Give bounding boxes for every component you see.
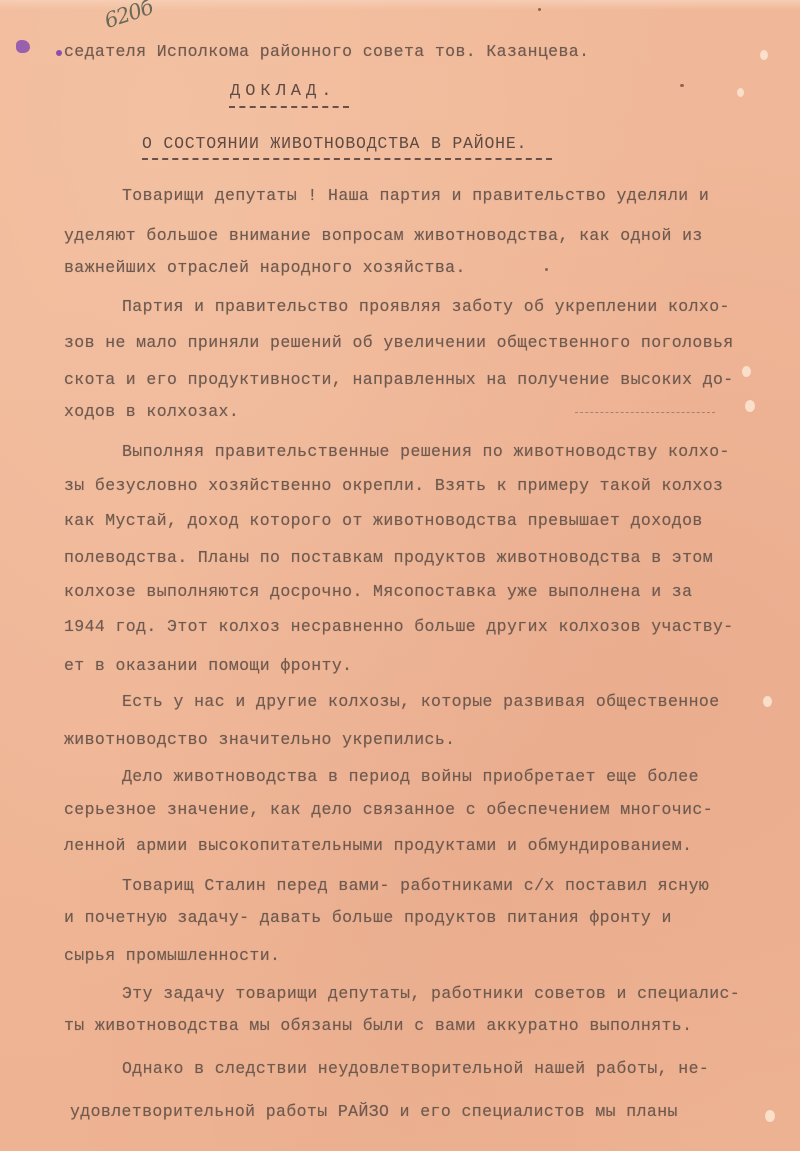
paper-dirt-dot bbox=[680, 84, 684, 87]
typed-line: сырья промышленности. bbox=[64, 946, 280, 965]
typed-line: важнейших отраслей народного хозяйства. bbox=[64, 258, 466, 277]
paper-wear-speck bbox=[760, 50, 768, 60]
document-subtitle: О СОСТОЯНИИ ЖИВОТНОВОДСТВА В РАЙОНЕ. bbox=[142, 134, 527, 153]
paper-wear-speck bbox=[763, 696, 772, 707]
typed-line: Эту задачу товарищи депутаты, работники … bbox=[122, 984, 740, 1003]
typed-line: как Мустай, доход которого от животновод… bbox=[64, 511, 703, 530]
scanned-page bbox=[0, 0, 800, 1151]
typed-line: ленной армии высокопитательными продукта… bbox=[64, 836, 692, 855]
typed-line: ты животноводства мы обязаны были с вами… bbox=[64, 1016, 692, 1035]
typed-line: удовлетворительной работы РАЙЗО и его сп… bbox=[70, 1102, 678, 1121]
typed-line: Партия и правительство проявляя заботу о… bbox=[122, 297, 730, 316]
ink-blot-mark bbox=[16, 40, 30, 53]
paper-wear-speck bbox=[745, 400, 755, 412]
subtitle-underline bbox=[142, 158, 552, 160]
typed-line: серьезное значение, как дело связанное с… bbox=[64, 800, 713, 819]
ink-dot-mark bbox=[56, 50, 62, 56]
typed-line: животноводство значительно укрепились. bbox=[64, 730, 455, 749]
typed-line: уделяют большое внимание вопросам животн… bbox=[64, 226, 703, 245]
typed-line: Дело животноводства в период войны приоб… bbox=[122, 767, 699, 786]
typed-line: зы безусловно хозяйственно окрепли. Взят… bbox=[64, 476, 723, 495]
typed-line: и почетную задачу- давать больше продукт… bbox=[64, 908, 672, 927]
typed-line: полеводства. Планы по поставкам продукто… bbox=[64, 548, 713, 567]
typed-line: Однако в следствии неудовлетворительной … bbox=[122, 1059, 709, 1078]
typed-line: Товарищ Сталин перед вами- работниками с… bbox=[122, 876, 709, 895]
header-line: седателя Исполкома районного совета тов.… bbox=[64, 42, 589, 61]
paper-wear-speck bbox=[742, 366, 751, 377]
typed-line: Выполняя правительственные решения по жи… bbox=[122, 442, 730, 461]
typed-line: колхозе выполняются досрочно. Мясопостав… bbox=[64, 582, 692, 601]
paper-wear-speck bbox=[765, 1110, 775, 1122]
typed-line: ходов в колхозах. bbox=[64, 402, 239, 421]
typed-line: Есть у нас и другие колхозы, которые раз… bbox=[122, 692, 720, 711]
typed-line: скота и его продуктивности, направленных… bbox=[64, 370, 734, 389]
typed-line: зов не мало приняли решений об увеличени… bbox=[64, 333, 734, 352]
title-underline bbox=[229, 106, 349, 108]
typed-line: ет в оказании помощи фронту. bbox=[64, 656, 352, 675]
typed-line: Товарищи депутаты ! Наша партия и правит… bbox=[122, 186, 709, 205]
paper-dirt-dot bbox=[545, 268, 548, 271]
paper-dirt-dot bbox=[538, 8, 541, 11]
margin-underline bbox=[575, 412, 715, 413]
document-title: ДОКЛАД. bbox=[230, 82, 336, 101]
paper-wear-speck bbox=[737, 88, 744, 97]
typed-line: 1944 год. Этот колхоз несравненно больше… bbox=[64, 617, 734, 636]
